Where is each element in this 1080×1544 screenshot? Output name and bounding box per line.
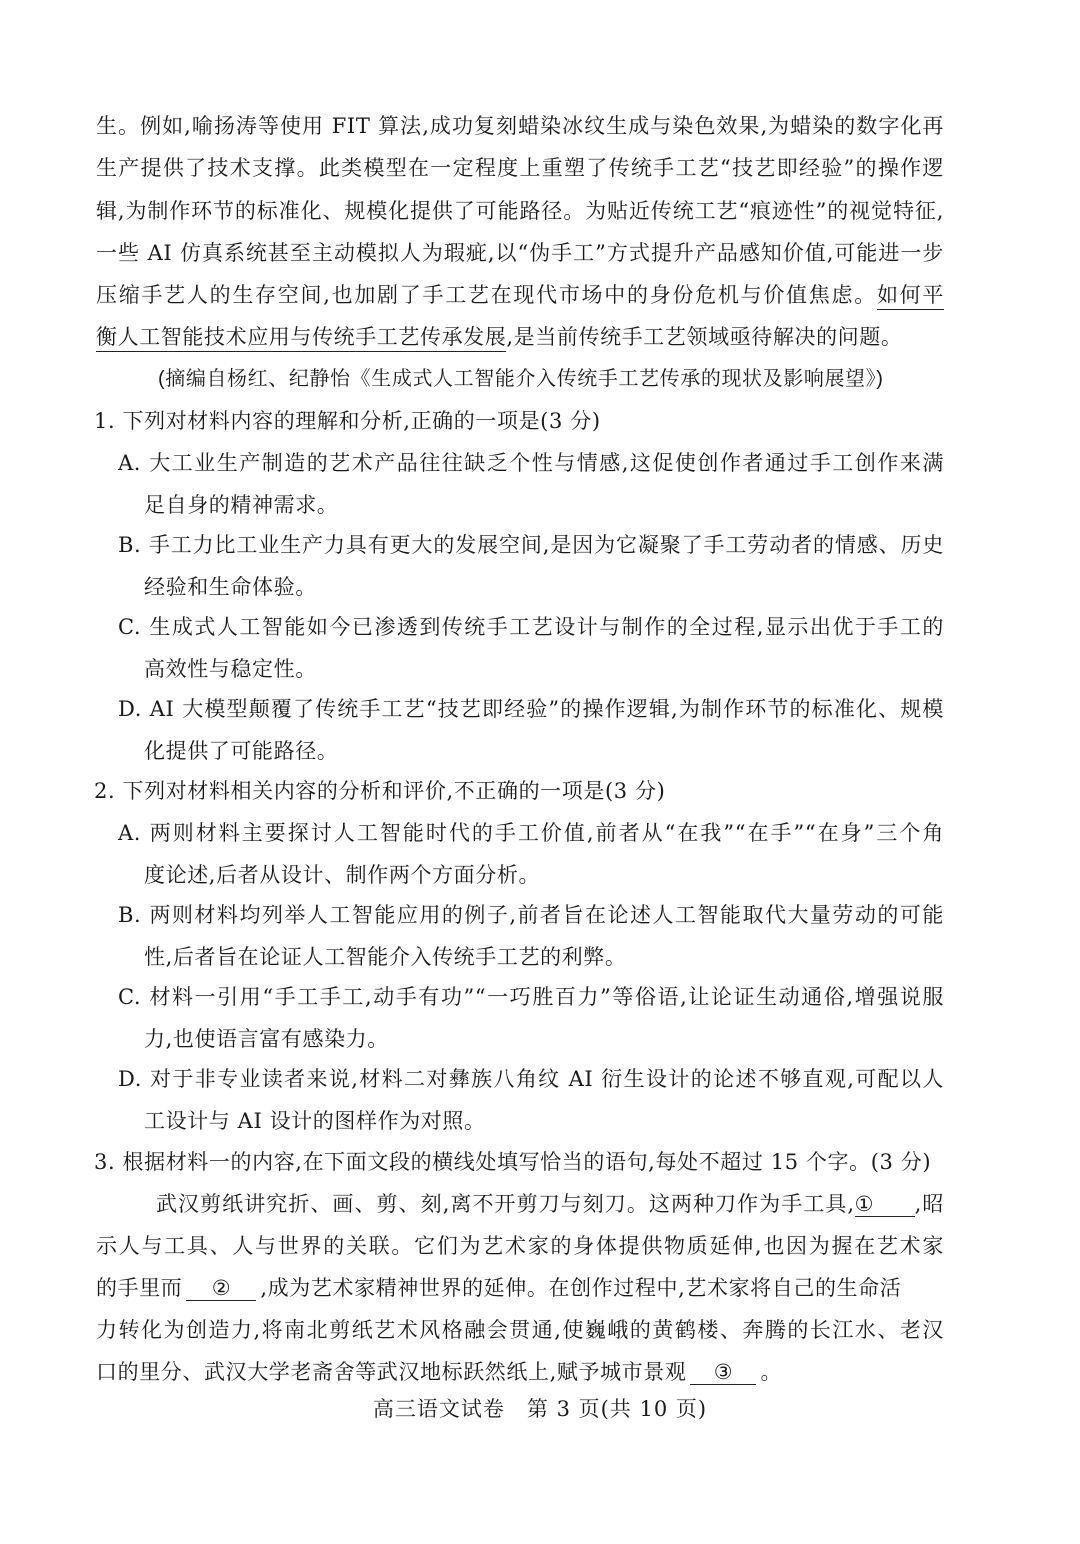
question-2-option-a-cont: 度论述,后者从设计、制作两个方面分析。 — [144, 860, 540, 890]
passage-line: 衡人工智能技术应用与传统手工艺传承发展,是当前传统手工艺领域亟待解决的问题。 — [96, 322, 902, 352]
page-footer: 高三语文试卷 第 3 页(共 10 页) — [0, 1394, 1080, 1424]
question-2-option-a: A. 两则材料主要探讨人工智能时代的手工价值,前者从“在我”“在手”“在身”三个… — [118, 818, 944, 848]
passage-line: 一些 AI 仿真系统甚至主动模拟人为瑕疵,以“伪手工”方式提升产品感知价值,可能… — [96, 238, 944, 268]
blank-2[interactable]: ② — [186, 1276, 256, 1301]
question-2-option-d-cont: 工设计与 AI 设计的图样作为对照。 — [144, 1106, 486, 1136]
passage-text: ,是当前传统手工艺领域亟待解决的问题。 — [506, 325, 902, 349]
question-2-option-b: B. 两则材料均列举人工智能应用的例子,前者旨在论述人工智能取代大量劳动的可能 — [118, 900, 944, 930]
question-3-stem: 3. 根据材料一的内容,在下面文段的横线处填写恰当的语句,每处不超过 15 个字… — [94, 1147, 931, 1177]
question-2-option-c-cont: 力,也使语言富有感染力。 — [144, 1024, 389, 1054]
question-2-option-c: C. 材料一引用“手工手工,动手有功”“一巧胜百力”等俗语,让论证生动通俗,增强… — [118, 982, 944, 1012]
question-1-option-b: B. 手工力比工业生产力具有更大的发展空间,是因为它凝聚了手工劳动者的情感、历史 — [118, 530, 944, 560]
passage-line: 生产提供了技术支撑。此类模型在一定程度上重塑了传统手工艺“技艺即经验”的操作逻 — [96, 153, 944, 183]
question-1-stem: 1. 下列对材料内容的理解和分析,正确的一项是(3 分) — [94, 406, 601, 436]
blank-3[interactable]: ③ — [690, 1360, 756, 1385]
passage-line: 压缩手艺人的生存空间,也加剧了手工艺在现代市场中的身份危机与价值焦虑。如何平 — [96, 280, 944, 310]
underlined-text: 衡人工智能技术应用与传统手工艺传承发展 — [96, 325, 506, 352]
underlined-text: 如何平 — [877, 283, 944, 310]
question-1-option-a-cont: 足自身的精神需求。 — [144, 490, 338, 520]
fill-paragraph-line: 力转化为创造力,将南北剪纸艺术风格融会贯通,使巍峨的黄鹤楼、奔腾的长江水、老汉 — [96, 1315, 944, 1345]
passage-line: 辑,为制作环节的标准化、规模化提供了可能路径。为贴近传统工艺“痕迹性”的视觉特征… — [96, 196, 944, 226]
question-2-option-d: D. 对于非专业读者来说,材料二对彝族八角纹 AI 衍生设计的论述不够直观,可配… — [118, 1064, 944, 1094]
passage-line: 生。例如,喻扬涛等使用 FIT 算法,成功复刻蜡染冰纹生成与染色效果,为蜡染的数… — [96, 111, 944, 141]
fill-text: 。 — [760, 1360, 782, 1384]
fill-text: 的手里而 — [96, 1276, 182, 1300]
fill-paragraph-line: 的手里而②,成为艺术家精神世界的延伸。在创作过程中,艺术家将自己的生命活 — [96, 1273, 901, 1303]
fill-text: ,昭 — [915, 1192, 944, 1216]
question-1-option-c: C. 生成式人工智能如今已渗透到传统手工艺设计与制作的全过程,显示出优于手工的 — [118, 612, 944, 642]
question-1-option-c-cont: 高效性与稳定性。 — [144, 654, 317, 684]
question-1-option-a: A. 大工业生产制造的艺术产品往往缺乏个性与情感,这促使创作者通过手工创作来满 — [118, 448, 944, 478]
question-1-option-b-cont: 经验和生命体验。 — [144, 572, 317, 602]
fill-paragraph-line: 武汉剪纸讲究折、画、剪、刻,离不开剪刀与刻刀。这两种刀作为手工具,①,昭 — [156, 1189, 944, 1219]
fill-text: ,成为艺术家精神世界的延伸。在创作过程中,艺术家将自己的生命活 — [260, 1276, 901, 1300]
blank-1[interactable]: ① — [855, 1192, 915, 1217]
question-2-stem: 2. 下列对材料相关内容的分析和评价,不正确的一项是(3 分) — [94, 776, 665, 806]
question-1-option-d: D. AI 大模型颠覆了传统手工艺“技艺即经验”的操作逻辑,为制作环节的标准化、… — [118, 694, 944, 724]
exam-page: 生。例如,喻扬涛等使用 FIT 算法,成功复刻蜡染冰纹生成与染色效果,为蜡染的数… — [0, 0, 1080, 1544]
fill-paragraph-line: 示人与工具、人与世界的关联。它们为艺术家的身体提供物质延伸,也因为握在艺术家 — [96, 1231, 944, 1261]
question-1-option-d-cont: 化提供了可能路径。 — [144, 736, 338, 766]
fill-text: 口的里分、武汉大学老斋舍等武汉地标跃然纸上,赋予城市景观 — [96, 1360, 686, 1384]
source-citation: (摘编自杨红、纪静怡《生成式人工智能介入传统手工艺传承的现状及影响展望》) — [158, 364, 884, 394]
question-2-option-b-cont: 性,后者旨在论证人工智能介入传统手工艺的利弊。 — [144, 942, 626, 972]
passage-text: 压缩手艺人的生存空间,也加剧了手工艺在现代市场中的身份危机与价值焦虑。 — [96, 283, 877, 307]
fill-paragraph-line: 口的里分、武汉大学老斋舍等武汉地标跃然纸上,赋予城市景观③。 — [96, 1357, 782, 1387]
fill-text: 武汉剪纸讲究折、画、剪、刻,离不开剪刀与刻刀。这两种刀作为手工具, — [156, 1192, 855, 1216]
